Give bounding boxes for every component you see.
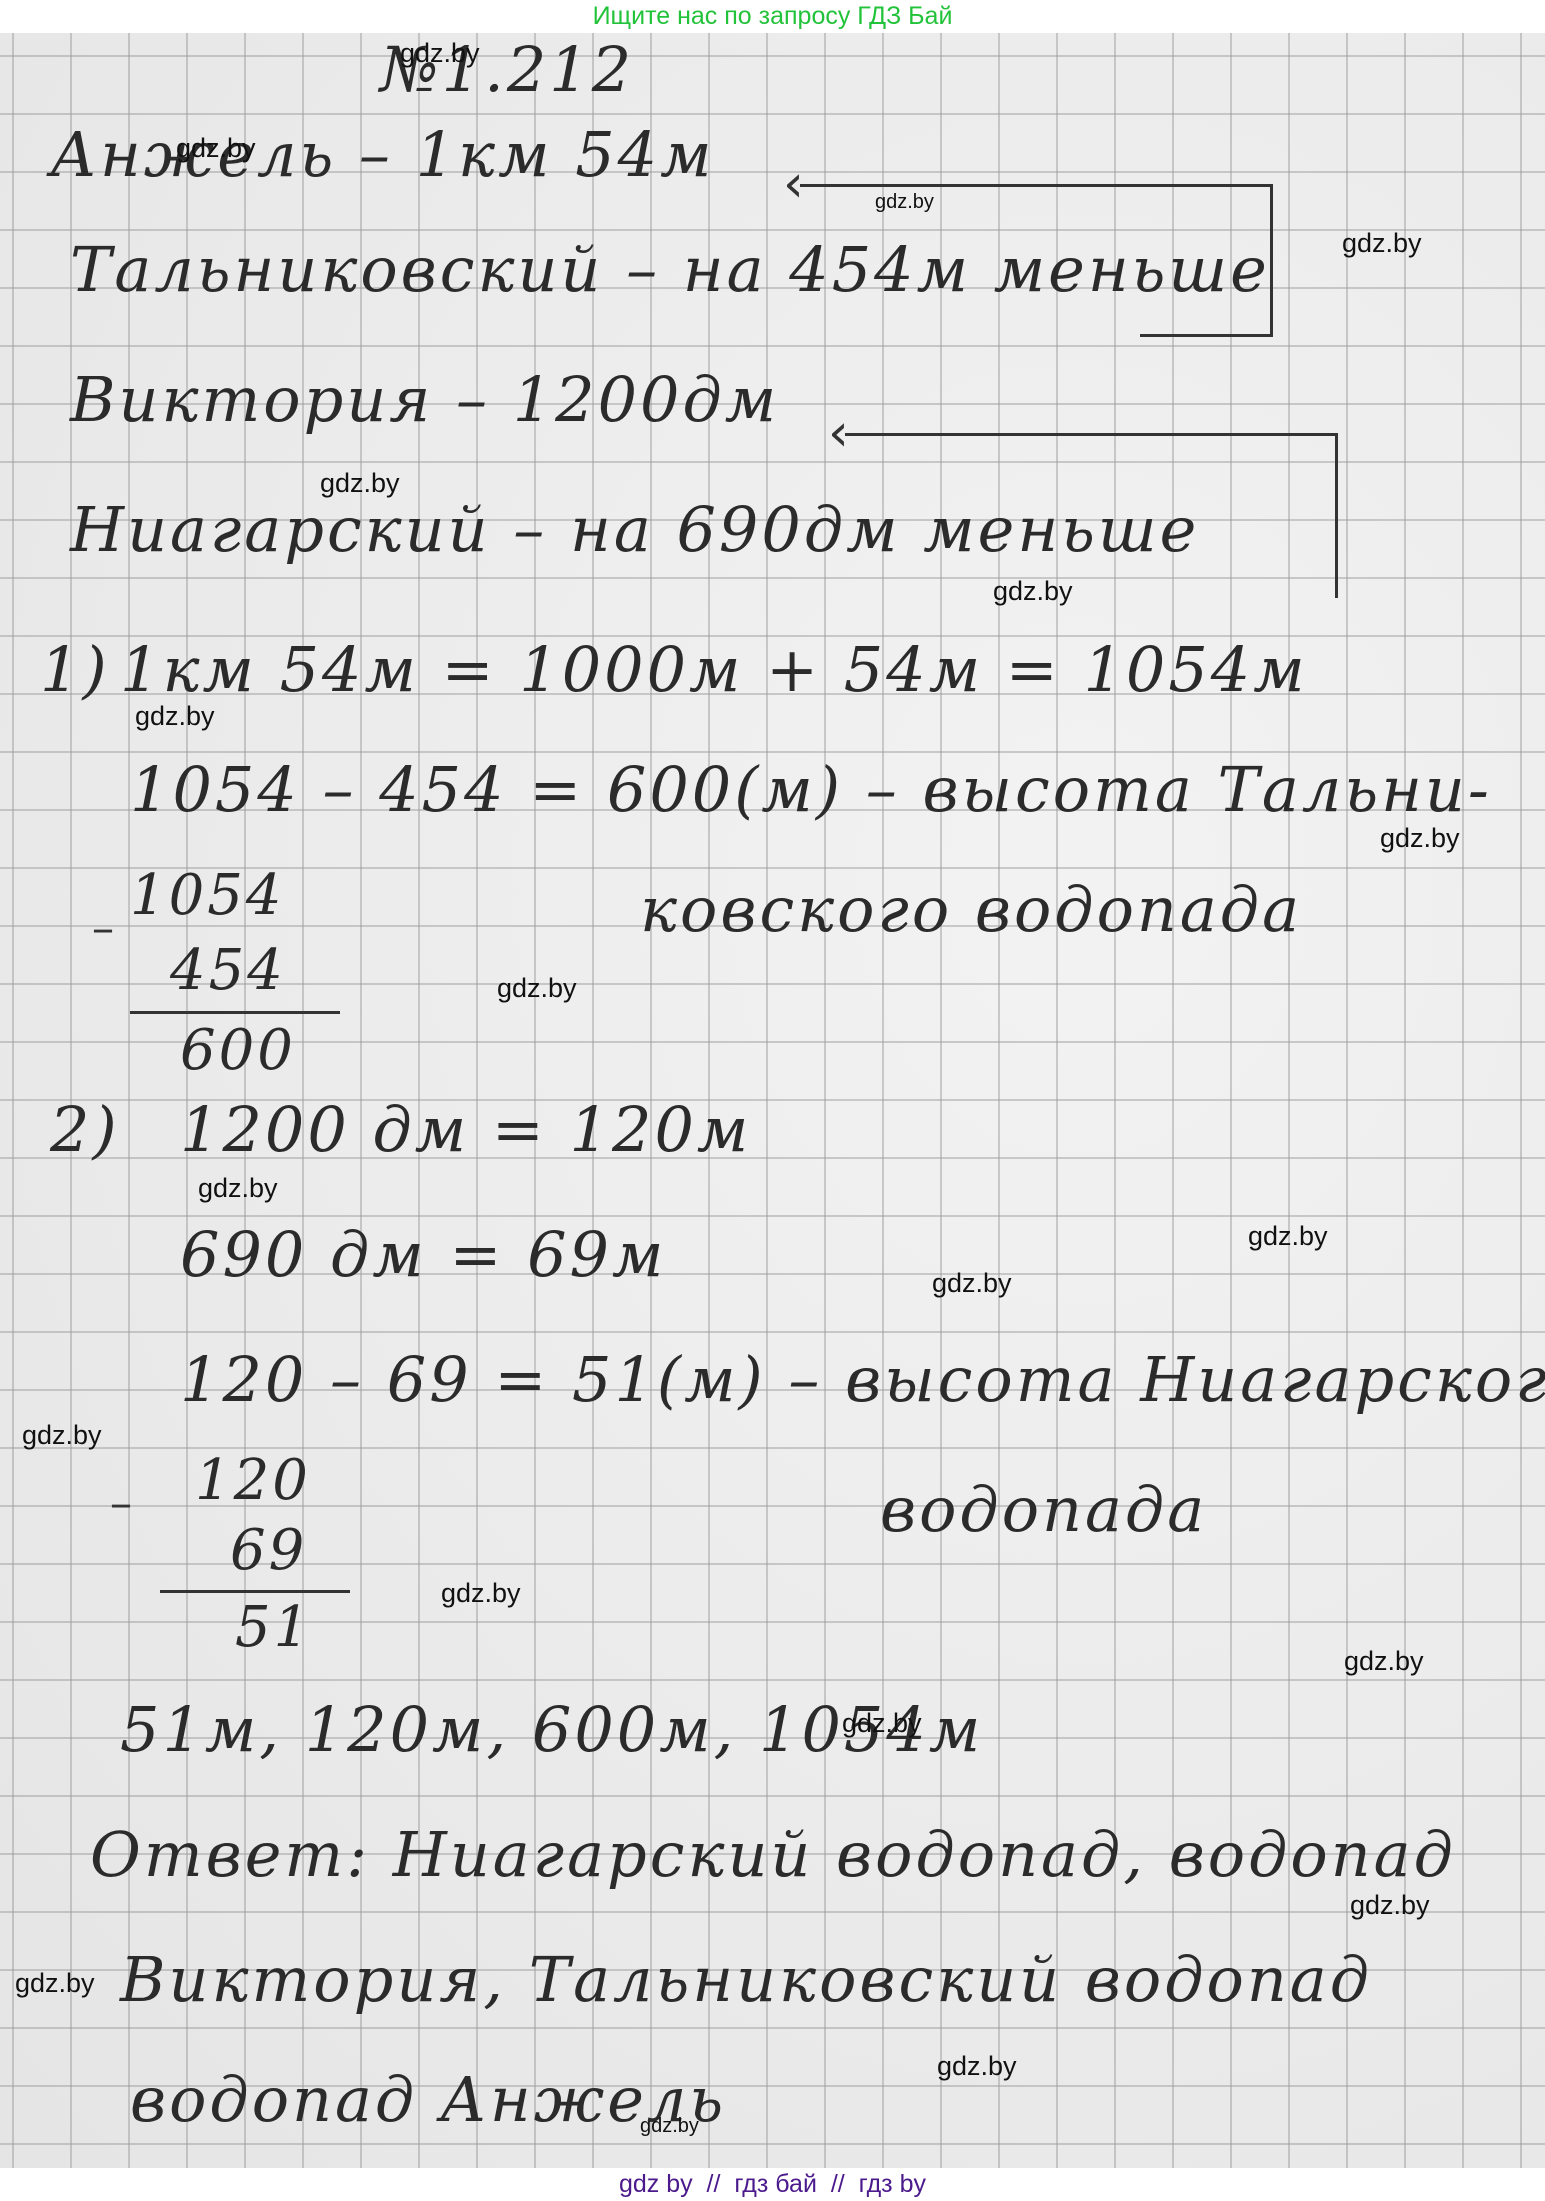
left-arrow-icon: ‹	[783, 158, 804, 210]
watermark: gdz.by	[320, 468, 400, 499]
watermark: gdz.by	[1380, 823, 1460, 854]
watermark: gdz.by	[135, 701, 215, 732]
watermark: gdz.by	[875, 191, 934, 214]
watermark: gdz.by	[400, 38, 480, 69]
watermark: gdz.by	[198, 1173, 278, 1204]
step2-column-subtrahend: 69	[230, 1518, 307, 1583]
watermark: gdz.by	[497, 973, 577, 1004]
answer-line-3: водопад Анжель	[130, 2063, 726, 2136]
watermark: gdz.by	[176, 133, 256, 164]
step1-line-2-continued: ковского водопада	[640, 873, 1302, 946]
step2-label: 2)	[50, 1093, 120, 1166]
column-minus-sign: –	[110, 1478, 132, 1529]
condition-line-1: Анжель – 1км 54м	[50, 118, 715, 191]
step2-column-result: 51	[235, 1595, 312, 1660]
step1-label: 1)	[40, 633, 110, 706]
step2-line-2: 690 дм = 69м	[180, 1218, 666, 1291]
watermark: gdz.by	[993, 576, 1073, 607]
step2-line-1: 1200 дм = 120м	[180, 1093, 751, 1166]
footer-banner: gdz by // гдз бай // гдз by	[0, 2168, 1545, 2201]
step2-line-3-continued: водопада	[880, 1473, 1207, 1546]
watermark: gdz.by	[15, 1968, 95, 1999]
step1-column-result: 600	[180, 1018, 296, 1083]
watermark: gdz.by	[1248, 1221, 1328, 1252]
answer-line-1: Ответ: Ниагарский водопад, водопад	[90, 1818, 1456, 1891]
watermark: gdz.by	[1342, 228, 1422, 259]
answer-line-2: Виктория, Тальниковский водопад	[120, 1943, 1372, 2016]
bracket-2	[1230, 433, 1338, 598]
condition-line-3: Виктория – 1200дм	[70, 363, 779, 436]
watermark: gdz.by	[932, 1268, 1012, 1299]
step1-column-minuend: 1054	[130, 863, 285, 928]
left-arrow-icon: ‹	[828, 407, 849, 459]
step1-line-2: 1054 – 454 = 600(м) – высота Тальни-	[130, 753, 1492, 826]
step1-column-rule	[130, 1011, 340, 1014]
notebook-sheet: №1.212 Анжель – 1км 54м Тальниковский – …	[0, 33, 1545, 2168]
step2-column-rule	[160, 1590, 350, 1593]
watermark: gdz.by	[937, 2051, 1017, 2082]
column-minus-sign: –	[92, 903, 114, 954]
watermark: gdz.by	[842, 1708, 922, 1739]
watermark: gdz.by	[22, 1420, 102, 1451]
search-banner: Ищите нас по запросу ГДЗ Бай	[0, 0, 1545, 33]
step2-column-minuend: 120	[195, 1448, 311, 1513]
bracket-1	[1140, 184, 1273, 337]
watermark: gdz.by	[441, 1578, 521, 1609]
watermark: gdz.by	[640, 2115, 699, 2138]
step1-column-subtrahend: 454	[170, 938, 286, 1003]
step1-line-1: 1км 54м = 1000м + 54м = 1054м	[120, 633, 1308, 706]
step2-line-3: 120 – 69 = 51(м) – высота Ниагарского	[180, 1343, 1545, 1416]
condition-line-4: Ниагарский – на 690дм меньше	[70, 493, 1199, 566]
condition-line-2: Тальниковский – на 454м меньше	[70, 233, 1270, 306]
watermark: gdz.by	[1350, 1890, 1430, 1921]
watermark: gdz.by	[1344, 1646, 1424, 1677]
